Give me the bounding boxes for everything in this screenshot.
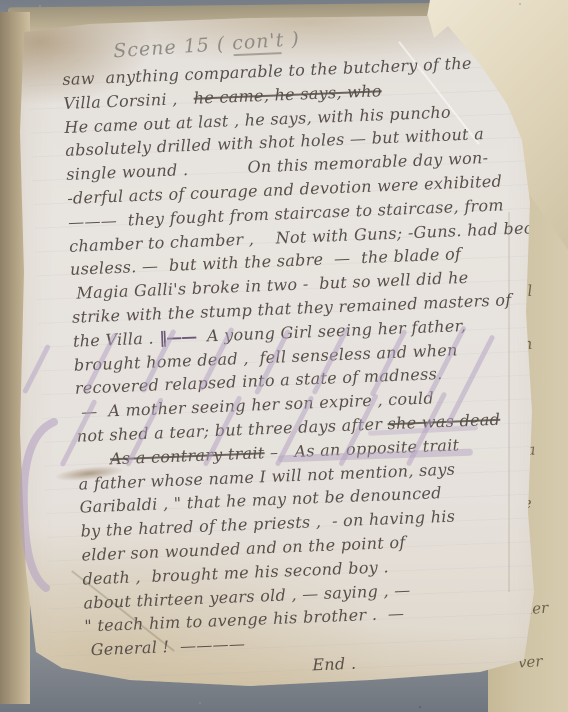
handwriting-text bbox=[77, 449, 110, 469]
manuscript-photo: ndquruhitillmricaielemerver Scene 15 ( c… bbox=[0, 0, 568, 712]
handwriting-text: Villa Corsini , bbox=[63, 89, 194, 113]
handwriting-text: General ! ———— bbox=[85, 634, 246, 659]
manuscript-lines: saw anything comparable to the butchery … bbox=[62, 48, 568, 686]
manuscript-page: Scene 15 ( con't ) saw anything comparab… bbox=[10, 12, 550, 704]
censor-margin-bracket bbox=[10, 418, 62, 596]
handwriting-text: the Villa . bbox=[73, 328, 160, 350]
handwritten-text-block: Scene 15 ( con't ) saw anything comparab… bbox=[62, 48, 568, 686]
